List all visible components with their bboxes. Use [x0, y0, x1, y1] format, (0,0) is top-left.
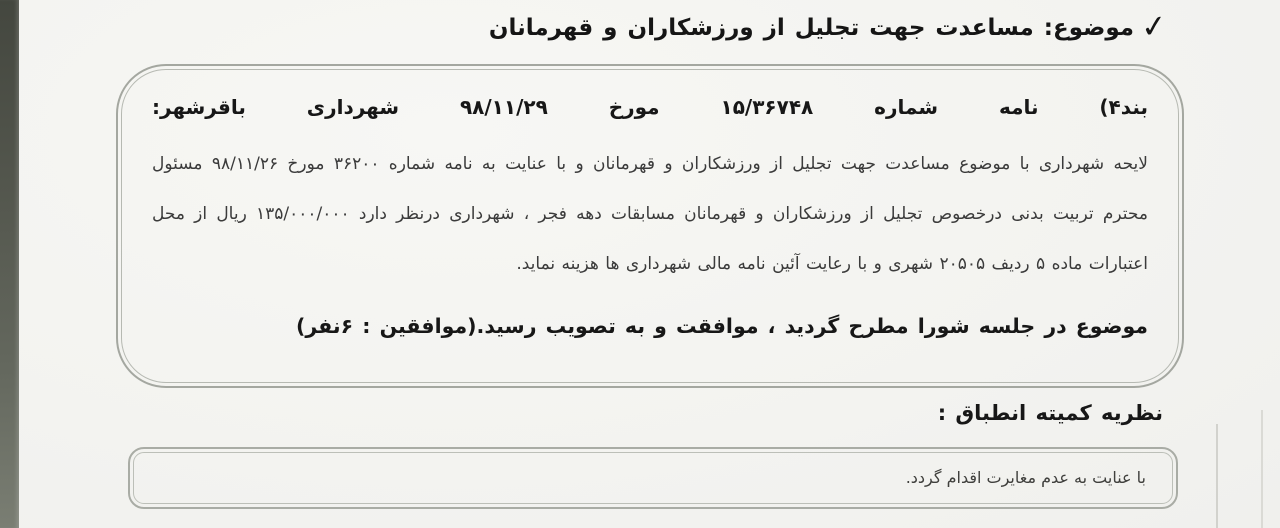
check-icon: ✓: [1139, 9, 1168, 46]
clause-body-line-3: اعتبارات ماده ۵ ردیف ۲۰۵۰۵ شهری و با رعا…: [152, 239, 1148, 289]
clause-body: لایحه شهرداری با موضوع مساعدت جهت تجلیل …: [152, 139, 1148, 289]
scan-artifact-line: [1261, 410, 1263, 528]
clause-resolution-box-inner-border: بند۴) نامه شماره ۱۵/۳۶۷۴۸ مورخ ۹۸/۱۱/۲۹ …: [121, 69, 1179, 383]
subject-text: موضوع: مساعدت جهت تجلیل از ورزشکاران و ق…: [489, 10, 1134, 46]
committee-opinion-text: با عنایت به عدم مغایرت اقدام گردد.: [134, 466, 1146, 490]
scan-artifact-line: [1216, 424, 1218, 528]
clause-resolution-box: بند۴) نامه شماره ۱۵/۳۶۷۴۸ مورخ ۹۸/۱۱/۲۹ …: [116, 64, 1184, 388]
clause-heading: بند۴) نامه شماره ۱۵/۳۶۷۴۸ مورخ ۹۸/۱۱/۲۹ …: [152, 91, 1148, 123]
clause-body-line-2: محترم تربیت بدنی درخصوص تجلیل از ورزشکار…: [152, 189, 1148, 239]
council-approval-line: موضوع در جلسه شورا مطرح گردید ، موافقت و…: [152, 310, 1148, 342]
compliance-committee-heading: نظریه کمیته انطباق :: [938, 397, 1163, 429]
scanned-document-page: ✓ موضوع: مساعدت جهت تجلیل از ورزشکاران و…: [0, 0, 1280, 528]
committee-opinion-box-inner-border: با عنایت به عدم مغایرت اقدام گردد.: [133, 452, 1173, 504]
scanner-edge-shadow: [0, 0, 19, 528]
committee-opinion-box: با عنایت به عدم مغایرت اقدام گردد.: [128, 447, 1178, 509]
clause-body-line-1: لایحه شهرداری با موضوع مساعدت جهت تجلیل …: [152, 139, 1148, 189]
subject-line: ✓ موضوع: مساعدت جهت تجلیل از ورزشکاران و…: [489, 10, 1167, 46]
